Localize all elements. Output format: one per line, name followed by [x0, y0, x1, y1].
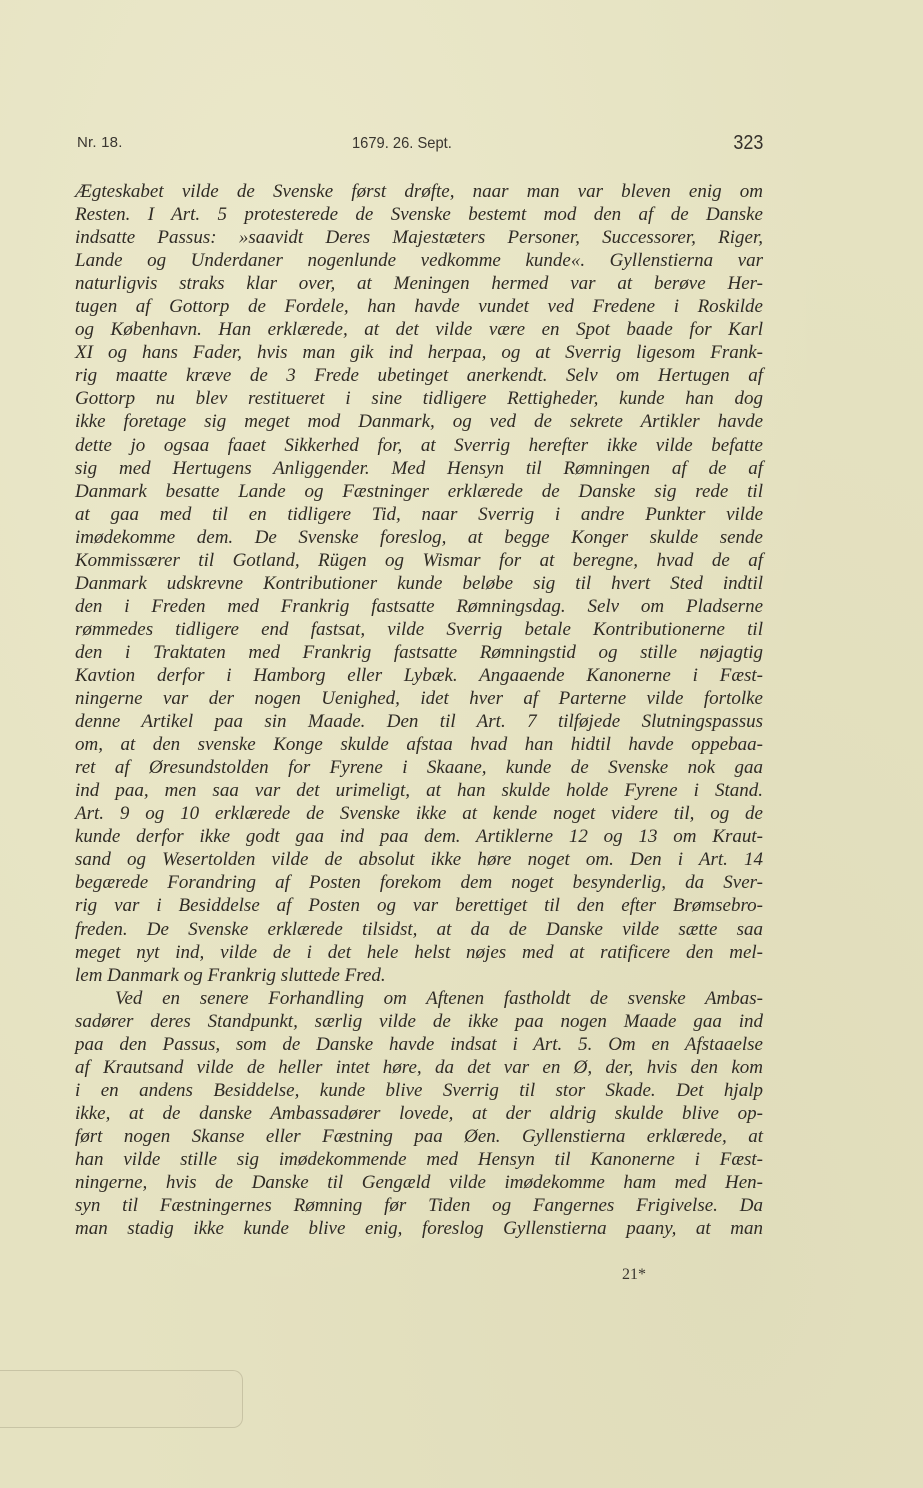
text-line: Kommissærer til Gotland, Rügen og Wismar…	[75, 549, 763, 572]
text-line: rig var i Besiddelse af Posten og var be…	[75, 894, 763, 917]
text-line: at gaa med til en tidligere Tid, naar Sv…	[75, 503, 763, 526]
text-line: rømmedes tidligere end fastsat, vilde Sv…	[75, 618, 763, 641]
text-line: man stadig ikke kunde blive enig, foresl…	[75, 1217, 763, 1240]
page-number: 323	[733, 132, 763, 155]
tape-imprint	[0, 1370, 243, 1428]
text-line: af Krautsand vilde de heller intet høre,…	[75, 1056, 763, 1079]
text-line: i en andens Besiddelse, kunde blive Sver…	[75, 1079, 763, 1102]
running-header: Nr. 18. 1679. 26. Sept. 323	[77, 132, 763, 156]
text-line: kunde derfor ikke godt gaa ind paa dem. …	[75, 825, 763, 848]
paragraph-1: Ægteskabet vilde de Svenske først drøfte…	[75, 180, 763, 987]
text-line: begærede Forandring af Posten forekom de…	[75, 871, 763, 894]
text-line: denne Artikel paa sin Maade. Den til Art…	[75, 710, 763, 733]
text-line: ningerne var der nogen Uenighed, idet hv…	[75, 687, 763, 710]
text-line: den i Freden med Frankrig fastsatte Rømn…	[75, 595, 763, 618]
text-line: dette jo ogsaa faaet Sikkerhed for, at S…	[75, 434, 763, 457]
text-line: imødekomme dem. De Svenske foreslog, at …	[75, 526, 763, 549]
text-line: ikke, at de danske Ambassadører lovede, …	[75, 1102, 763, 1125]
text-line: Ved en senere Forhandling om Aftenen fas…	[75, 987, 763, 1010]
text-line: sig med Hertugens Anliggender. Med Hensy…	[75, 457, 763, 480]
text-line: Art. 9 og 10 erklærede de Svenske ikke a…	[75, 802, 763, 825]
text-line: meget nyt ind, vilde de i det hele helst…	[75, 941, 763, 964]
signature-mark: 21*	[622, 1266, 646, 1284]
text-line: freden. De Svenske erklærede tilsidst, a…	[75, 918, 763, 941]
text-line: Kavtion derfor i Hamborg eller Lybæk. An…	[75, 664, 763, 687]
text-line: sadører deres Standpunkt, særlig vilde d…	[75, 1010, 763, 1033]
text-line: lem Danmark og Frankrig sluttede Fred.	[75, 964, 763, 987]
text-line: ind paa, men saa var det urimeligt, at h…	[75, 779, 763, 802]
text-line: og København. Han erklærede, at det vild…	[75, 318, 763, 341]
document-number: Nr. 18.	[77, 134, 123, 151]
text-line: indsatte Passus: »saavidt Deres Majestæt…	[75, 226, 763, 249]
text-line: naturligvis straks klar over, at Meninge…	[75, 272, 763, 295]
text-line: syn til Fæstningernes Rømning før Tiden …	[75, 1194, 763, 1217]
text-line: Resten. I Art. 5 protesterede de Svenske…	[75, 203, 763, 226]
text-line: Gottorp nu blev restitueret i sine tidli…	[75, 387, 763, 410]
paragraph-2: Ved en senere Forhandling om Aftenen fas…	[75, 987, 763, 1241]
text-line: om, at den svenske Konge skulde afstaa h…	[75, 733, 763, 756]
text-line: ført nogen Skanse eller Fæstning paa Øen…	[75, 1125, 763, 1148]
text-line: ikke foretage sig meget mod Danmark, og …	[75, 410, 763, 433]
text-line: XI og hans Fader, hvis man gik ind herpa…	[75, 341, 763, 364]
text-line: Lande og Underdaner nogenlunde vedkomme …	[75, 249, 763, 272]
text-line: rig maatte kræve de 3 Frede ubetinget an…	[75, 364, 763, 387]
text-line: den i Traktaten med Frankrig fastsatte R…	[75, 641, 763, 664]
text-line: ret af Øresundstolden for Fyrene i Skaan…	[75, 756, 763, 779]
text-line: Danmark udskrevne Kontributioner kunde b…	[75, 572, 763, 595]
text-line: sand og Wesertolden vilde de absolut ikk…	[75, 848, 763, 871]
text-line: Danmark besatte Lande og Fæstninger erkl…	[75, 480, 763, 503]
text-line: paa den Passus, som de Danske havde inds…	[75, 1033, 763, 1056]
text-line: Ægteskabet vilde de Svenske først drøfte…	[75, 180, 763, 203]
document-date: 1679. 26. Sept.	[352, 135, 452, 153]
text-line: han vilde stille sig imødekommende med H…	[75, 1148, 763, 1171]
text-line: tugen af Gottorp de Fordele, han havde v…	[75, 295, 763, 318]
text-line: ningerne, hvis de Danske til Gengæld vil…	[75, 1171, 763, 1194]
body-text: Ægteskabet vilde de Svenske først drøfte…	[75, 180, 763, 1240]
